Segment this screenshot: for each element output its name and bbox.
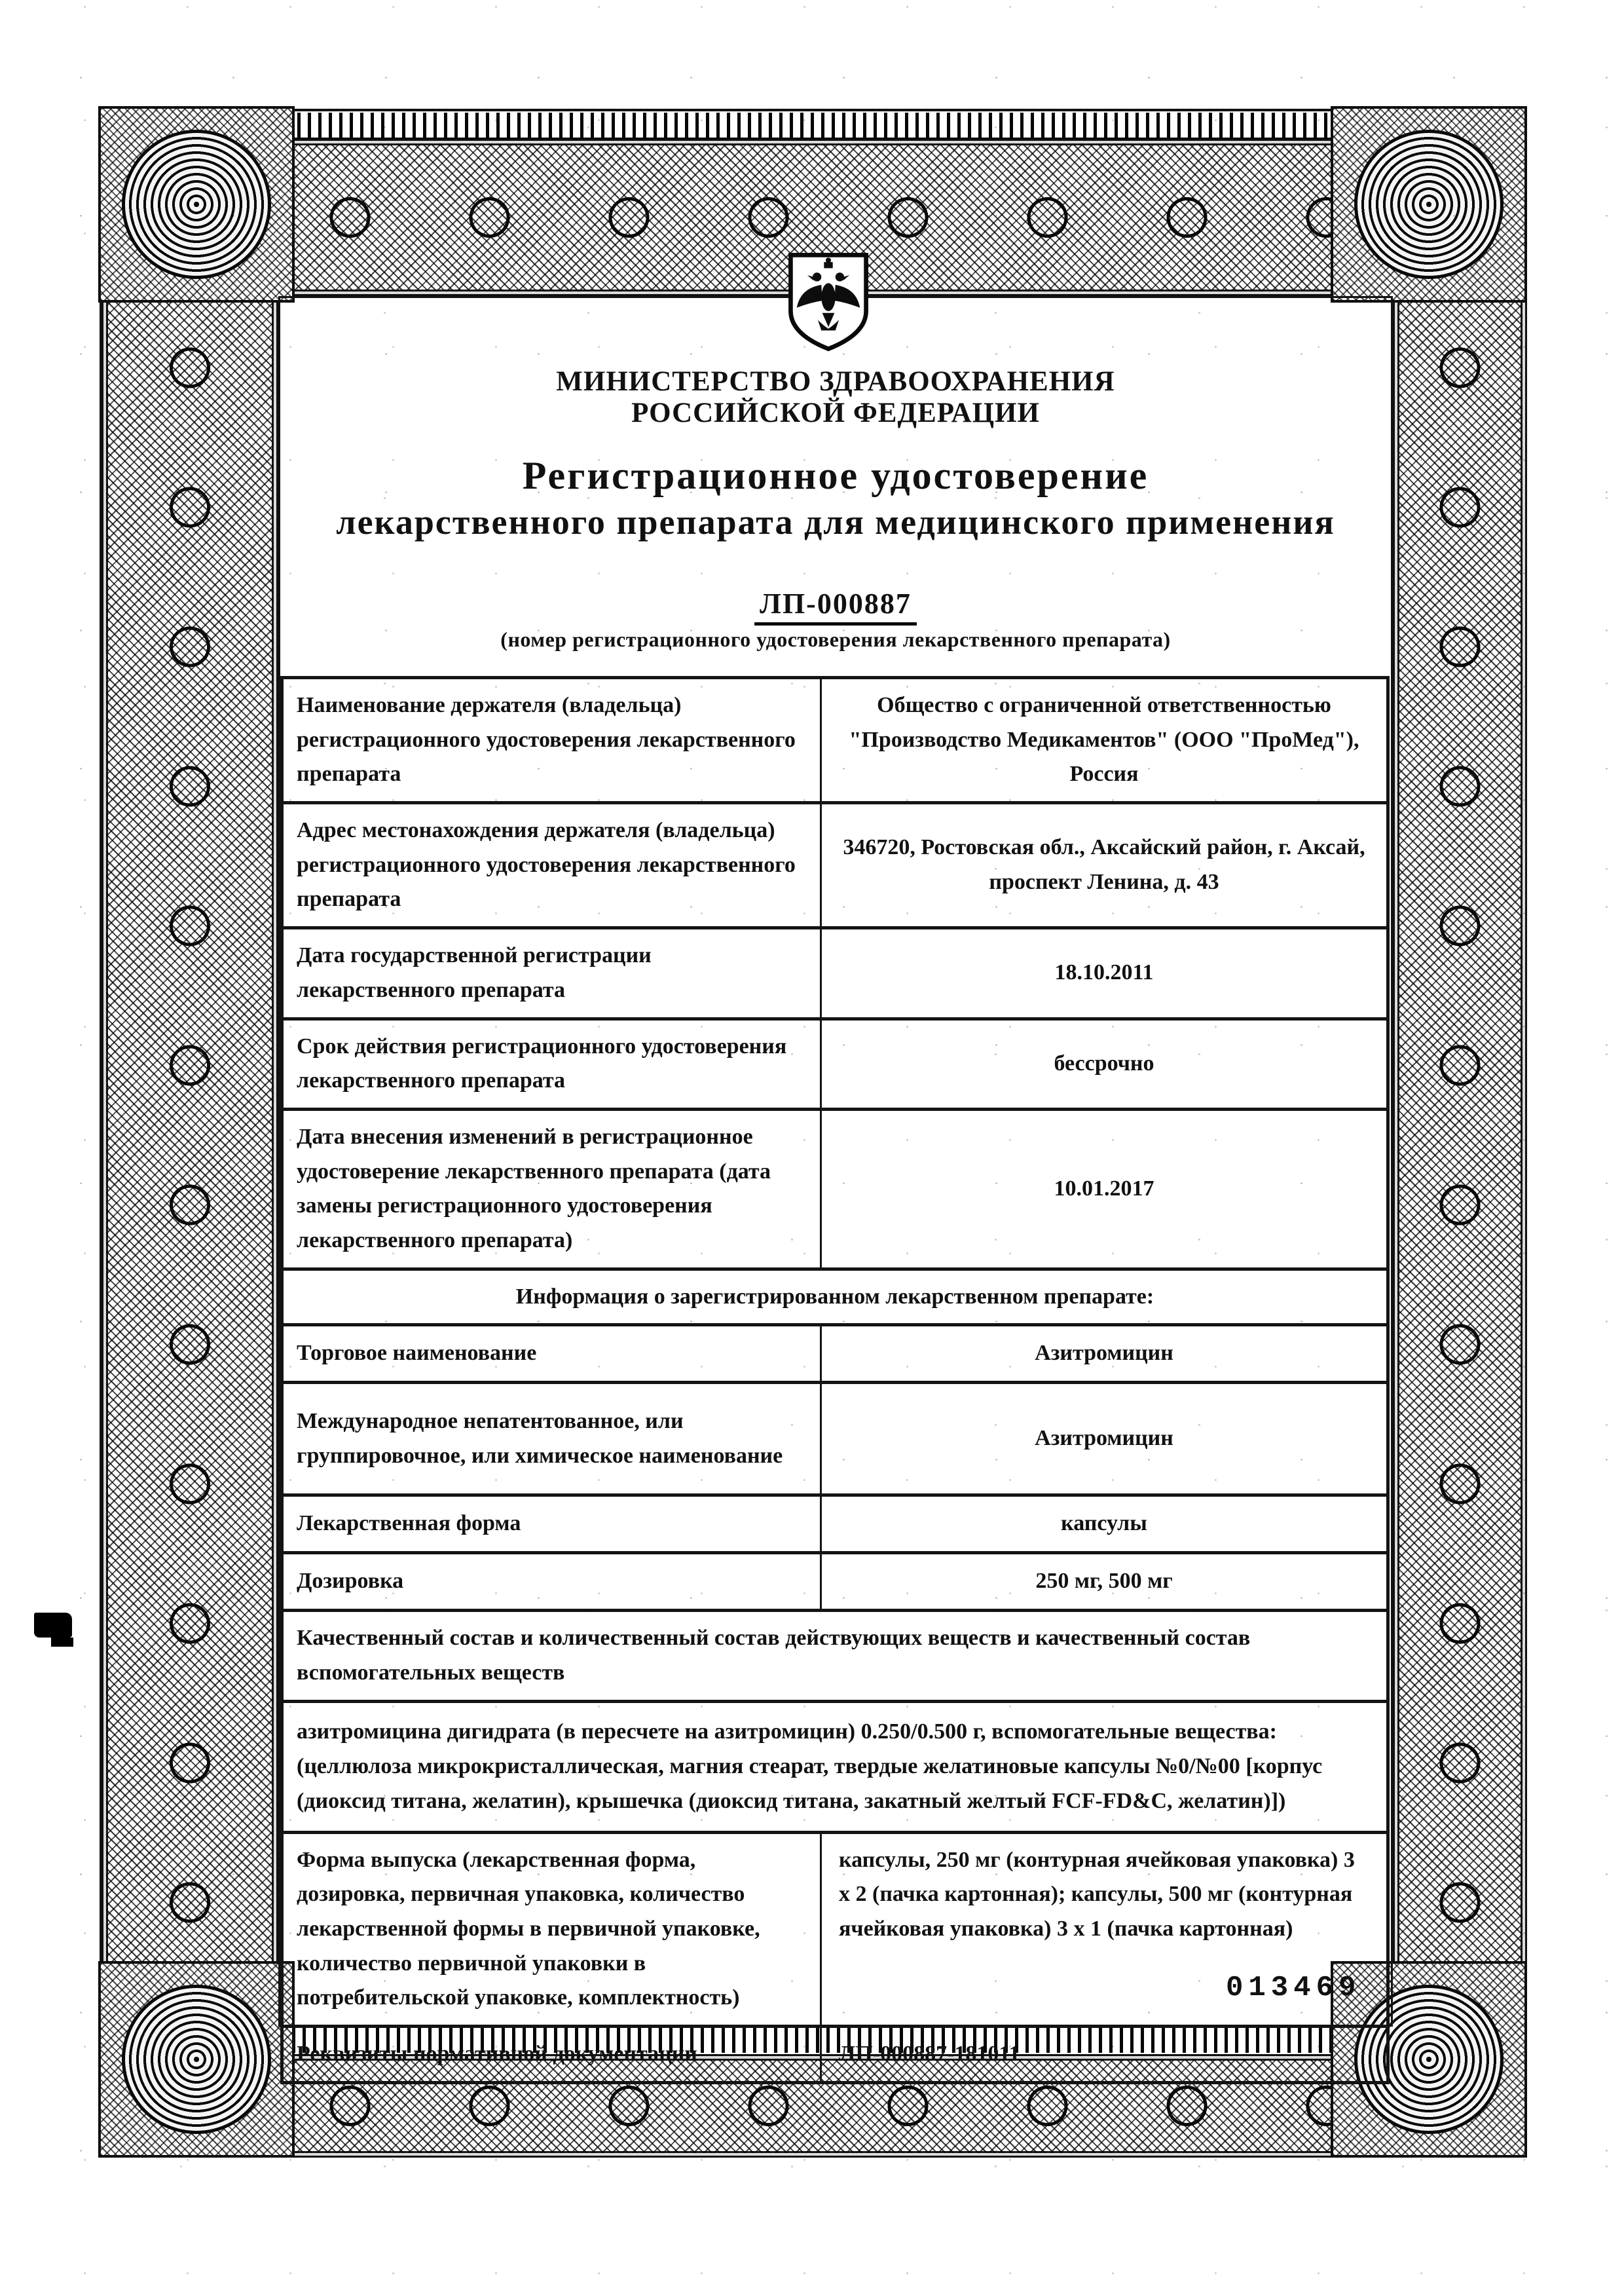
document-title-line2: лекарственного препарата для медицинског… xyxy=(278,502,1393,542)
frame-left-band xyxy=(101,296,278,2027)
ministry-name-line2: РОССИЙСКОЙ ФЕДЕРАЦИИ xyxy=(278,397,1393,429)
row-label: Дозировка xyxy=(284,1554,822,1609)
composition-text: азитромицина дигидрата (в пересчете на а… xyxy=(284,1703,1386,1831)
frame-corner-rosette-bottom-left xyxy=(98,1961,295,2158)
row-label: Срок действия регистрационного удостовер… xyxy=(284,1021,822,1108)
table-section-row: азитромицина дигидрата (в пересчете на а… xyxy=(284,1703,1386,1834)
table-section-row: Качественный состав и количественный сос… xyxy=(284,1612,1386,1702)
registration-number-row: ЛП-000887 xyxy=(278,587,1393,626)
registration-info-table: Наименование держателя (владельца) регис… xyxy=(280,676,1390,2084)
row-label: Реквизиты нормативной документации xyxy=(284,2028,822,2081)
row-label: Адрес местонахождения держателя (владель… xyxy=(284,804,822,926)
row-label: Дата внесения изменений в регистрационно… xyxy=(284,1111,822,1267)
table-row: Форма выпуска (лекарственная форма, дози… xyxy=(284,1834,1386,2028)
info-section-header: Информация о зарегистрированном лекарств… xyxy=(284,1271,1386,1324)
composition-section-header: Качественный состав и количественный сос… xyxy=(284,1612,1386,1699)
table-row: Дата внесения изменений в регистрационно… xyxy=(284,1111,1386,1271)
row-value: 346720, Ростовская обл., Аксайский район… xyxy=(822,804,1386,926)
row-value: Азитромицин xyxy=(822,1326,1386,1381)
table-section-row: Информация о зарегистрированном лекарств… xyxy=(284,1271,1386,1327)
coat-of-arms-icon xyxy=(784,252,872,352)
row-value: 250 мг, 500 мг xyxy=(822,1554,1386,1609)
table-row: Адрес местонахождения держателя (владель… xyxy=(284,804,1386,929)
row-label: Лекарственная форма xyxy=(284,1497,822,1551)
ministry-name-line1: МИНИСТЕРСТВО ЗДРАВООХРАНЕНИЯ xyxy=(278,365,1393,398)
row-value: Азитромицин xyxy=(822,1384,1386,1493)
row-value: бессрочно xyxy=(822,1021,1386,1108)
row-label: Форма выпуска (лекарственная форма, дози… xyxy=(284,1834,822,2025)
table-row: Международное непатентованное, или групп… xyxy=(284,1384,1386,1497)
row-value: 18.10.2011 xyxy=(822,929,1386,1017)
row-label: Наименование держателя (владельца) регис… xyxy=(284,679,822,801)
row-label: Торговое наименование xyxy=(284,1326,822,1381)
document-title-line1: Регистрационное удостоверение xyxy=(278,453,1393,498)
frame-corner-rosette-top-left xyxy=(98,106,295,303)
row-value: 10.01.2017 xyxy=(822,1111,1386,1267)
table-row: Срок действия регистрационного удостовер… xyxy=(284,1021,1386,1111)
row-label: Дата государственной регистрации лекарст… xyxy=(284,929,822,1017)
table-row: Реквизиты нормативной документации ЛП-00… xyxy=(284,2028,1386,2081)
frame-top-fringe xyxy=(172,113,1511,140)
registration-number-caption: (номер регистрационного удостоверения ле… xyxy=(278,628,1393,652)
scanned-registration-certificate: { "colors": { "ink": "#111111", "paper":… xyxy=(0,0,1624,2286)
blank-serial-number: 013469 xyxy=(1226,1972,1361,2004)
table-row: Лекарственная форма капсулы xyxy=(284,1497,1386,1554)
table-row: Дозировка 250 мг, 500 мг xyxy=(284,1554,1386,1612)
table-row: Наименование держателя (владельца) регис… xyxy=(284,679,1386,804)
row-value: ЛП-000887-181011 xyxy=(822,2028,1386,2081)
frame-right-band xyxy=(1393,296,1527,2027)
row-value: капсулы xyxy=(822,1497,1386,1551)
frame-corner-rosette-top-right xyxy=(1331,106,1527,303)
registration-number: ЛП-000887 xyxy=(754,587,917,626)
row-label: Международное непатентованное, или групп… xyxy=(284,1384,822,1493)
scan-registration-mark xyxy=(34,1613,72,1638)
row-value: Общество с ограниченной ответственностью… xyxy=(822,679,1386,801)
table-row: Торговое наименование Азитромицин xyxy=(284,1326,1386,1384)
table-row: Дата государственной регистрации лекарст… xyxy=(284,929,1386,1020)
